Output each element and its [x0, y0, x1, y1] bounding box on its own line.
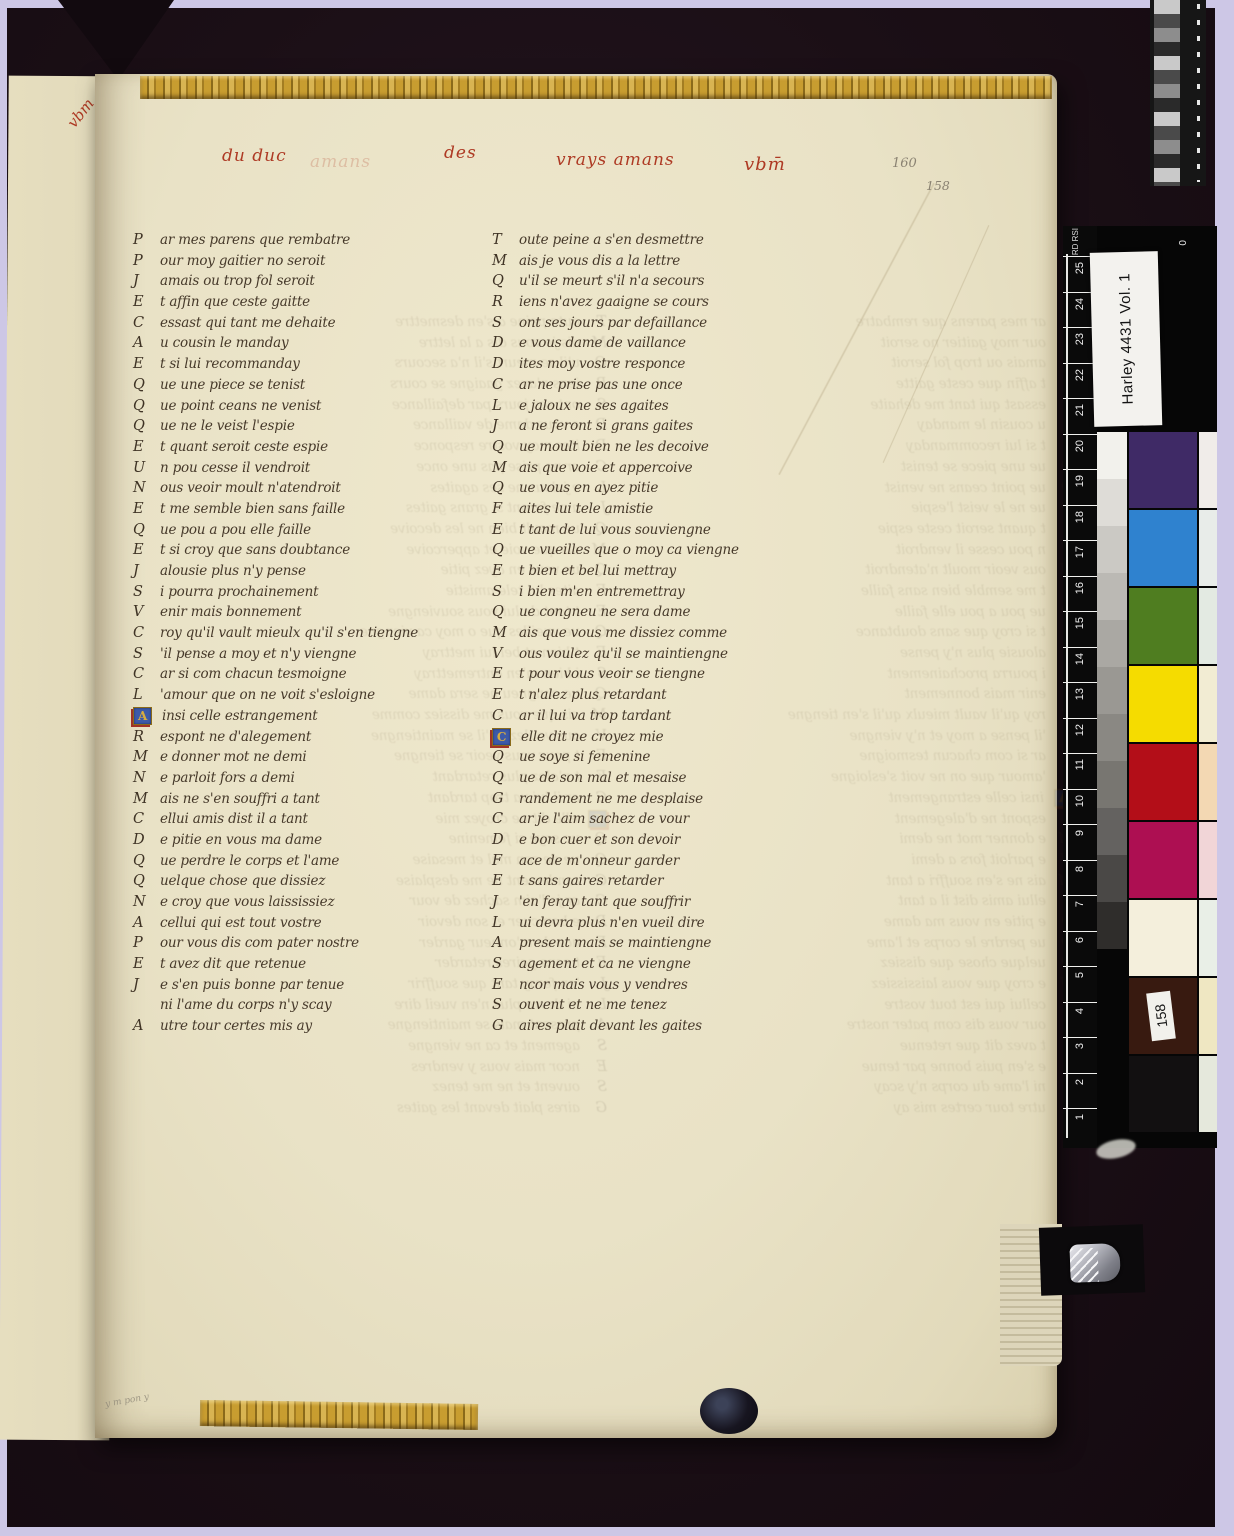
verse-line: Et avez dit que retenue	[773, 1036, 1073, 1057]
verse-line: Pour moy gaitier no seroit	[133, 251, 418, 272]
ruler-unit: 16	[1063, 576, 1097, 613]
verse-line: Que point ceans ne venist	[773, 478, 1073, 499]
text-fragment: on me dit et regrette	[0, 1173, 105, 1206]
gray-step	[1097, 808, 1127, 855]
text-fragment: nsi deusse	[0, 739, 108, 772]
verse-line: Par mes parens que rembatre	[773, 312, 1073, 333]
ruler-unit: 8	[1063, 860, 1097, 897]
text-fragment: ent ha la perte	[0, 1204, 105, 1237]
color-patch-black	[1129, 1056, 1197, 1132]
verse-line: Ainsi celle estrangement	[773, 788, 1073, 809]
color-patch-magenta	[1129, 822, 1197, 898]
verse-line: J'en feray tant que souffrir	[492, 892, 739, 913]
text-column-2: Toute peine a s'en desmettreMais je vous…	[492, 230, 739, 1037]
verse-line: Cessast qui tant me dehaite	[133, 313, 418, 334]
verse-line: Et si lui recommanday	[773, 436, 1073, 457]
verse-line: Que perdre le corps et l'ame	[133, 851, 418, 872]
ruler-unit: 18	[1063, 505, 1097, 542]
verse-line: Quelque chose que dissiez	[133, 871, 418, 892]
verse-line: Et me semble bien sans faille	[133, 499, 418, 520]
gray-step	[1097, 573, 1127, 620]
running-title-right: vrays amans	[556, 150, 675, 170]
ruler-unit: 17	[1063, 540, 1097, 577]
verse-line: Respont ne d'alegement	[133, 727, 418, 748]
verse-line: Croy qu'il vault mieulx qu'il s'en tieng…	[773, 705, 1073, 726]
color-patch-yellow	[1129, 666, 1197, 742]
ruler-unit: 15	[1063, 611, 1097, 648]
verse-line: Et quant seroit ceste espie	[773, 519, 1073, 540]
text-fragment: mment la fau	[0, 584, 109, 617]
text-fragment: e fusse tant hardie	[0, 646, 109, 679]
verse-line: Et affin que ceste gaitte	[133, 292, 418, 313]
verse-line: Que soye si femenine	[492, 747, 739, 768]
verse-line: Cessast qui tant me dehaite	[773, 395, 1073, 416]
verse-line: Acellui qui est tout vostre	[773, 995, 1073, 1016]
verse-line: De pitie en vous ma dame	[133, 830, 418, 851]
verse-line: Lui devra plus n'en vueil dire	[492, 913, 739, 934]
pale-patch	[1199, 900, 1217, 976]
verse-line: Ne parloit fors a demi	[773, 850, 1073, 871]
verse-line: Et tant de lui vous souviengne	[492, 520, 739, 541]
snake-weight-knob	[700, 1388, 758, 1434]
verse-line: Car si com chacun tesmoigne	[773, 746, 1073, 767]
ruler-unit: 19	[1063, 469, 1097, 506]
gray-step	[1097, 855, 1127, 902]
color-patch-cream	[1129, 900, 1197, 976]
pale-patch-column	[1199, 432, 1217, 1134]
verse-line: Mais que vous me dissiez comme	[492, 623, 739, 644]
verse-line: Et n'alez plus retardant	[492, 685, 739, 706]
target-zero-label: 0	[1178, 240, 1189, 246]
ruler-unit: 20	[1063, 434, 1097, 471]
verse-line: Respont ne d'alegement	[773, 809, 1073, 830]
text-fragment: sse fait si bien lettre	[0, 1359, 104, 1392]
text-fragment: nt pour eulx	[0, 770, 108, 803]
verse-line: Pour vous dis com pater nostre	[133, 933, 418, 954]
verse-line: Sagement et ca ne viengne	[492, 954, 739, 975]
verse-line: Je s'en puis bonne par tenue	[133, 975, 418, 996]
verse-line: Qu'il se meurt s'il n'a secours	[492, 271, 739, 292]
text-column-1: Par mes parens que rembatrePour moy gait…	[133, 230, 418, 1037]
verse-line: Jalousie plus n'y pense	[773, 643, 1073, 664]
verse-line: Si pourra prochainement	[133, 582, 418, 603]
patch-number-sticker: 158	[1146, 991, 1176, 1042]
verse-line: S'il pense a moy et n'y viengne	[773, 726, 1073, 747]
illuminated-initial: A	[133, 707, 152, 725]
verse-line: Croy qu'il vault mieulx qu'il s'en tieng…	[133, 623, 418, 644]
folio-number-old: 160	[892, 156, 917, 171]
quire-mark: vbm̄	[744, 154, 786, 175]
verse-line: Que pou a pou elle faille	[773, 602, 1073, 623]
verse-line: Quelque chose que dissiez	[773, 953, 1073, 974]
verse-line: Grandement ne me desplaise	[492, 789, 739, 810]
color-patch-brown: 158	[1129, 978, 1197, 1054]
verse-line: Pour moy gaitier no seroit	[773, 333, 1073, 354]
text-fragment: er si a fait mye	[0, 801, 108, 834]
verse-line: De pitie en vous ma dame	[773, 912, 1073, 933]
verse-line: Mais que voie et appercoive	[492, 458, 739, 479]
color-patch-blue	[1129, 510, 1197, 586]
verse-line: Que une piece se tenist	[133, 375, 418, 396]
verse-line: Dites moy vostre responce	[492, 354, 739, 375]
verse-line: Souvent et ne me tenez	[307, 1077, 607, 1098]
felt-strap	[1039, 1224, 1145, 1296]
verse-line: Venir mais bonnement	[773, 684, 1073, 705]
verse-line: Et si croy que sans doubtance	[773, 622, 1073, 643]
gilded-top-edge	[140, 76, 1052, 99]
pale-patch	[1199, 510, 1217, 586]
verse-line: Que de son mal et mesaise	[492, 768, 739, 789]
verse-line: Que vueilles que o moy ca viengne	[492, 540, 739, 561]
verse-line: Et bien et bel lui mettray	[492, 561, 739, 582]
verse-line: Cellui amis dist il a tant	[133, 809, 418, 830]
verse-line: Cellui amis dist il a tant	[773, 891, 1073, 912]
ruler-unit: 13	[1063, 682, 1097, 719]
verse-line: Au cousin le manday	[773, 415, 1073, 436]
verse-line: Et sans gaires retarder	[492, 871, 739, 892]
ruler-unit: 3	[1063, 1037, 1097, 1074]
verse-line: Un pou cesse il vendroit	[133, 458, 418, 479]
verse-line: Ne croy que vous laississiez	[133, 892, 418, 913]
gray-step	[1097, 479, 1127, 526]
text-fragment: ut que dieu m'aidast	[0, 615, 109, 648]
ruler-unit: 5	[1063, 966, 1097, 1003]
verse-line: Ne croy que vous laississiez	[773, 974, 1073, 995]
verse-line: Encor mais vous y vendres	[492, 975, 739, 996]
verse-line: Et affin que ceste gaitte	[773, 374, 1073, 395]
shelfmark-text: Harley 4431 Vol. 1	[1116, 273, 1136, 405]
text-fragment: mme est pour ma pes	[0, 1049, 106, 1082]
running-title-mid: des	[444, 143, 477, 163]
left-quire-mark: vbm	[64, 95, 98, 132]
illuminated-initial: C	[492, 728, 511, 746]
ruler-unit: 10	[1063, 789, 1097, 826]
verse-line: Mais je vous dis a la lettre	[492, 251, 739, 272]
verse-line: Acellui qui est tout vostre	[133, 913, 418, 934]
verse-line: Gaires plait devant les gaites	[307, 1098, 607, 1119]
mini-step-tablet	[1150, 0, 1206, 186]
verse-line: Me donner mot ne demi	[133, 747, 418, 768]
ruler-unit: 9	[1063, 824, 1097, 861]
verse-line: Apresent mais se maintiengne	[492, 933, 739, 954]
ruler-unit: 12	[1063, 718, 1097, 755]
verse-line: Mais ne s'en souffri a tant	[133, 789, 418, 810]
verse-line: Vous voulez qu'il se maintiengne	[492, 644, 739, 665]
verse-line: Ja ne feront si grans gaites	[492, 416, 739, 437]
verse-line: Que point ceans ne venist	[133, 396, 418, 417]
text-fragment: me ne le puisse	[0, 677, 109, 710]
verse-line: Autre tour certes mis ay	[133, 1016, 418, 1037]
running-title-showthrough: amans	[310, 152, 371, 172]
verse-line: Et quant seroit ceste espie	[133, 437, 418, 458]
showthrough-column-2: Par mes parens que rembatrePour moy gait…	[773, 312, 1073, 1119]
ruler-unit: 11	[1063, 753, 1097, 790]
verse-line: ni l'ame du corps n'y scay	[773, 1077, 1073, 1098]
pale-patch	[1199, 588, 1217, 664]
pale-patch	[1199, 432, 1217, 508]
verse-line: Jamais ou trop fol seroit	[133, 271, 418, 292]
verse-line: Car il lui va trop tardant	[492, 706, 739, 727]
verse-line: De vous dame de vaillance	[492, 333, 739, 354]
verse-line: Et si croy que sans doubtance	[133, 540, 418, 561]
text-fragment: que sorel esuidos	[0, 987, 106, 1020]
text-fragment: mal en avisdroit	[0, 522, 110, 555]
verse-line: Toute peine a s'en desmettre	[492, 230, 739, 251]
verse-line: De bon cuer et son devoir	[492, 830, 739, 851]
ruler-unit: 4	[1063, 1002, 1097, 1039]
gilded-bottom-edge	[200, 1400, 478, 1430]
verse-line: Souvent et ne me tenez	[492, 995, 739, 1016]
verse-line: Autre tour certes mis ay	[773, 1098, 1073, 1119]
text-fragment: dra et dit se il seuls	[0, 1266, 104, 1299]
text-fragment: l'ame de prunsse	[0, 832, 107, 865]
verse-line: Nous veoir moult n'atendroit	[133, 478, 418, 499]
pale-patch	[1199, 978, 1217, 1054]
ruler-unit: 7	[1063, 895, 1097, 932]
verse-line: Celle dit ne croyez mie	[492, 727, 739, 748]
text-fragment: e ne soraye	[0, 925, 107, 958]
gray-step	[1097, 714, 1127, 761]
pale-patch	[1199, 822, 1217, 898]
text-fragment: gaitier que ceans ont	[0, 1235, 105, 1268]
main-page: du duc amans des vrays amans vbm̄ 160 15…	[95, 74, 1057, 1438]
verse-line: Pour vous dis com pater nostre	[773, 1015, 1073, 1036]
verse-line: Que pou a pou elle faille	[133, 520, 418, 541]
verse-line: Que vous en ayez pitie	[492, 478, 739, 499]
running-title-left: du duc	[222, 146, 287, 166]
gray-step	[1097, 761, 1127, 808]
text-fragment: apperceu	[0, 553, 109, 586]
verse-line: Je s'en puis bonne par tenue	[773, 1057, 1073, 1078]
verse-line: Car si com chacun tesmoigne	[133, 664, 418, 685]
text-fragment: so promet et fine	[0, 1328, 104, 1361]
text-fragment: et il n'est que pou	[0, 1111, 106, 1144]
verse-line: L'amour que on ne voit s'esloigne	[773, 767, 1073, 788]
verse-line: Encor mais vous y vendres	[307, 1057, 607, 1078]
text-fragment: lui et louez	[0, 398, 110, 431]
verse-line: Un pou cesse il vendroit	[773, 540, 1073, 561]
verse-line: L'amour que on ne voit s'esloigne	[133, 685, 418, 706]
text-fragment: eust pour conscient	[0, 1297, 104, 1330]
verse-line: Si bien m'en entremettray	[492, 582, 739, 603]
folio-number-new: 158	[926, 178, 950, 193]
gray-step	[1097, 526, 1127, 573]
gray-step	[1097, 667, 1127, 714]
verse-line: Mais ne s'en souffri a tant	[773, 871, 1073, 892]
verse-line: Et si lui recommanday	[133, 354, 418, 375]
verse-line: Ainsi celle estrangement	[133, 706, 418, 727]
text-fragment: cousin si escoute	[0, 1142, 105, 1175]
verse-line: Par mes parens que rembatre	[133, 230, 418, 251]
text-fragment: moy on qu'elle	[0, 956, 107, 989]
verse-line: Car ne prise pas une once	[492, 375, 739, 396]
text-fragment: mon mullement	[0, 894, 107, 927]
verse-line: Et pour vous veoir se tiengne	[492, 664, 739, 685]
mini-step-blocks	[1154, 0, 1180, 186]
pale-patch	[1199, 666, 1217, 742]
ruler-unit: 2	[1063, 1073, 1097, 1110]
metal-clip	[1069, 1243, 1120, 1283]
marginal-scribble: y m pon y	[104, 1392, 149, 1410]
verse-line: Au cousin le manday	[133, 333, 418, 354]
verse-line: Et me semble bien sans faille	[773, 581, 1073, 602]
verse-line: Sont ses jours par defaillance	[492, 313, 739, 334]
verse-line: Jalousie plus n'y pense	[133, 561, 418, 582]
verse-line: Car je l'aim sachez de vour	[492, 809, 739, 830]
grayscale-step-wedge	[1097, 432, 1127, 949]
verse-line: Me donner mot ne demi	[773, 829, 1073, 850]
verse-line: Riens n'avez gaaigne se cours	[492, 292, 739, 313]
text-fragment: ellie jalouse	[0, 863, 107, 896]
verse-line: Venir mais bonnement	[133, 602, 418, 623]
verse-line: Que une piece se tenist	[773, 457, 1073, 478]
color-patch-column: 158	[1129, 432, 1197, 1134]
ruler-unit: 21	[1063, 398, 1097, 435]
color-patch-green	[1129, 588, 1197, 664]
text-fragment: ast ceans no fusse	[0, 708, 108, 741]
verse-line: Que perdre le corps et l'ame	[773, 933, 1073, 954]
manuscript-photograph: vbm tre viens ne se etn pou seuredieu vo…	[0, 0, 1234, 1536]
text-fragment: somme de spes	[0, 1080, 106, 1113]
verse-line: Et avez dit que retenue	[133, 954, 418, 975]
ruler-unit: 14	[1063, 647, 1097, 684]
verse-line: Face de m'onneur garder	[492, 851, 739, 872]
verse-line: Faites lui tele amistie	[492, 499, 739, 520]
text-fragment: il se retutye	[0, 429, 110, 462]
text-fragment: moy n'avendroit	[0, 491, 110, 524]
mini-tick-dashes	[1197, 4, 1200, 182]
verse-line: Que ne le veist l'espie	[773, 498, 1073, 519]
text-fragment: par son cuer vain	[0, 460, 110, 493]
shelfmark-sticker: Harley 4431 Vol. 1	[1090, 251, 1163, 427]
verse-line: S'il pense a moy et n'y viengne	[133, 644, 418, 665]
verse-line: ni l'ame du corps n'y scay	[133, 995, 418, 1016]
gray-step	[1097, 902, 1127, 949]
verse-line: Le jaloux ne ses agaites	[492, 396, 739, 417]
verse-line: Que congneu ne sera dame	[492, 602, 739, 623]
verse-line: Gaires plait devant les gaites	[492, 1016, 739, 1037]
gray-step	[1097, 620, 1127, 667]
color-patch-purple	[1129, 432, 1197, 508]
verse-line: Nous veoir moult n'atendroit	[773, 560, 1073, 581]
verse-line: Sagement et ca ne viengne	[307, 1036, 607, 1057]
gray-step	[1097, 432, 1127, 479]
ruler-unit: 6	[1063, 931, 1097, 968]
ruler-unit: 1	[1063, 1108, 1097, 1145]
verse-line: Si pourra prochainement	[773, 664, 1073, 685]
ruler-top-label: RD RSI	[1071, 228, 1080, 255]
verse-line: Que ne le veist l'espie	[133, 416, 418, 437]
verse-line: Que moult bien ne les decoive	[492, 437, 739, 458]
verse-line: Ne parloit fors a demi	[133, 768, 418, 789]
pale-patch	[1199, 1056, 1217, 1132]
verse-line: Jamais ou trop fol seroit	[773, 353, 1073, 374]
pale-patch	[1199, 744, 1217, 820]
text-fragment: dis lay aus talen	[0, 1018, 106, 1051]
color-patch-red	[1129, 744, 1197, 820]
